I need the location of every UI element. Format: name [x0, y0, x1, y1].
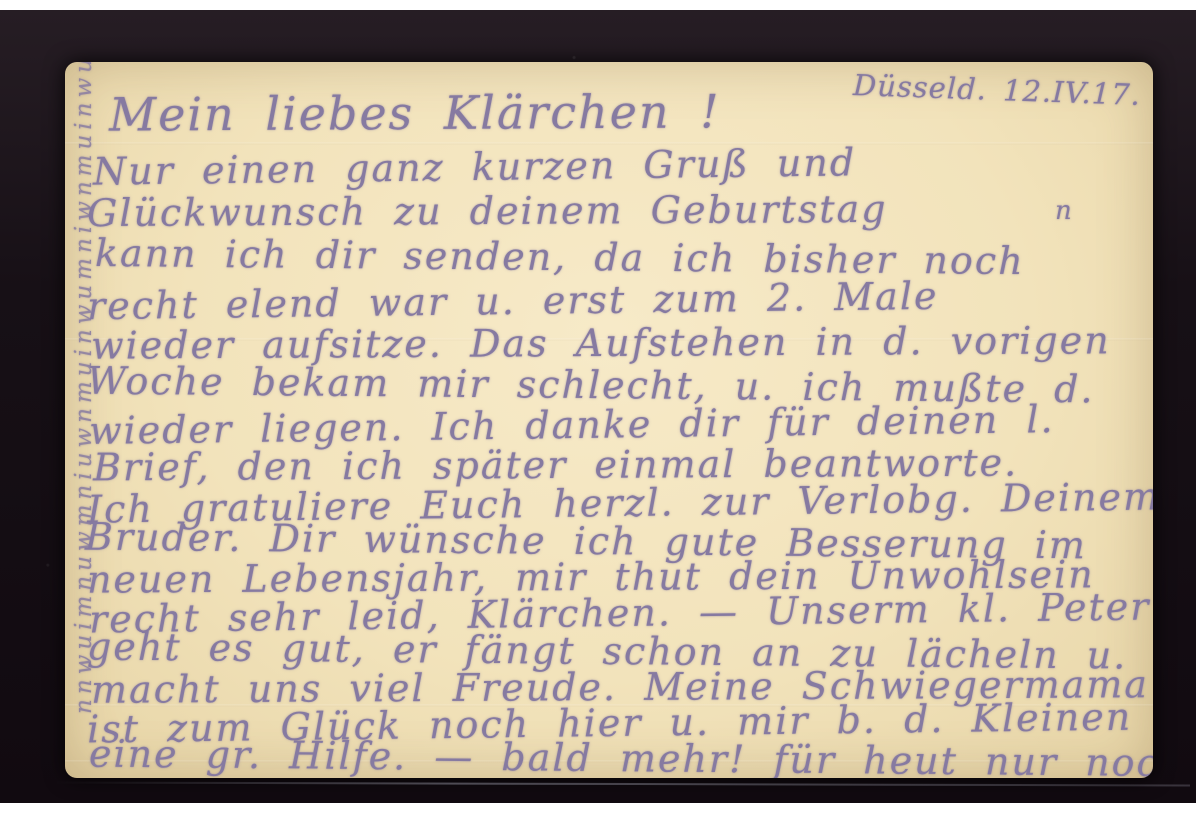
- postcard: Düsseld. 12.IV.17. Mein liebes Klärchen …: [65, 62, 1153, 778]
- body-line: eine gr. Hilfe. — bald mehr! für heut nu…: [89, 735, 1153, 778]
- body-line: kann ich dir senden, da ich bisher noch: [95, 234, 1025, 280]
- body-line: recht elend war u. erst zum 2. Male: [87, 277, 939, 325]
- postcard-photo: { "photo": { "paper_color": "#f2e3bb", "…: [0, 0, 1200, 819]
- margin-note: nnwuimnuwmniuwnmuinwumniwnmuinwunmiwnuim: [73, 62, 96, 714]
- body-line: Glückwunsch zu deinem Geburtstag: [87, 190, 888, 232]
- dateline: Düsseld. 12.IV.17.: [853, 71, 1142, 110]
- body-line: wieder aufsitze. Das Aufstehen in d. vor…: [91, 321, 1111, 364]
- body-line: Nur einen ganz kurzen Gruß und: [93, 143, 857, 190]
- insert-mark: n: [1055, 198, 1074, 224]
- salutation-line: Mein liebes Klärchen !: [109, 88, 721, 137]
